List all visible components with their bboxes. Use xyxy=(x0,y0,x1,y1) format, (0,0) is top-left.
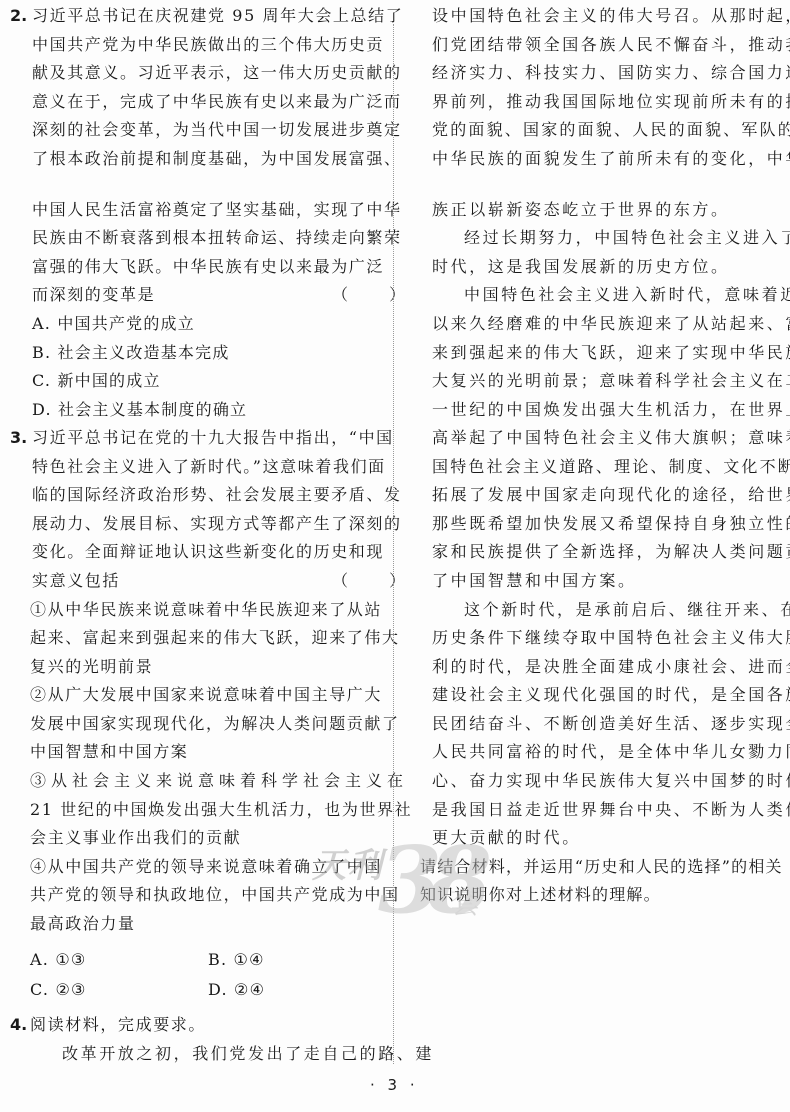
question-text-line: 中国人民生活富裕奠定了坚实基础，实现了中华 xyxy=(32,200,402,220)
question-number: 2. xyxy=(10,6,27,26)
question-text-line: 临的国际经济政治形势、社会发展主要矛盾、发 xyxy=(32,485,402,505)
material-line: 改革开放之初，我们党发出了走自己的路、建 xyxy=(62,1044,434,1064)
statement-line: 最高政治力量 xyxy=(30,914,136,934)
material-line: 经过长期努力，中国特色社会主义进入了新 xyxy=(464,228,790,248)
material-line: 家和民族提供了全新选择，为解决人类问题贡献 xyxy=(432,542,790,562)
question-text-line: 了根本政治前提和制度基础，为中国发展富强、 xyxy=(32,149,402,169)
option-a[interactable]: A. ①③ xyxy=(30,950,86,970)
option-b[interactable]: B. ①④ xyxy=(208,950,265,970)
question-number: 3. xyxy=(10,428,27,448)
question-text-line: 特色社会主义进入了新时代。”这意味着我们面 xyxy=(32,457,386,477)
question-prompt: 阅读材料，完成要求。 xyxy=(30,1015,206,1035)
material-line: 界前列，推动我国国际地位实现前所未有的提升， xyxy=(432,92,790,112)
material-line: 族正以崭新姿态屹立于世界的东方。 xyxy=(432,200,730,220)
material-line: 利的时代，是决胜全面建成小康社会、进而全面 xyxy=(432,657,790,677)
material-line: 国特色社会主义道路、理论、制度、文化不断发展， xyxy=(432,457,790,477)
option-d[interactable]: D. 社会主义基本制度的确立 xyxy=(32,400,247,420)
question-text-line: 意义在于，完成了中华民族有史以来最为广泛而 xyxy=(32,92,402,112)
answer-bracket[interactable]: （ ） xyxy=(332,571,423,591)
material-line: 中华民族的面貌发生了前所未有的变化，中华民 xyxy=(432,149,790,169)
material-line: 那些既希望加快发展又希望保持自身独立性的国 xyxy=(432,514,790,534)
material-line: 是我国日益走近世界舞台中央、不断为人类作出 xyxy=(432,800,790,820)
material-line: 中国特色社会主义进入新时代，意味着近代 xyxy=(464,285,790,305)
statement-line: 中国智慧和中国方案 xyxy=(30,742,188,762)
material-line: 高举起了中国特色社会主义伟大旗帜；意味着中 xyxy=(432,428,790,448)
material-line: 这个新时代，是承前启后、继往开来、在新的 xyxy=(464,600,790,620)
material-line: 经济实力、科技实力、国防实力、综合国力进入世 xyxy=(432,63,790,83)
material-line: 们党团结带领全国各族人民不懈奋斗，推动我国 xyxy=(432,35,790,55)
statement-line: 起来、富起来到强起来的伟大飞跃，迎来了伟大 xyxy=(30,628,400,648)
statement-line: 发展中国家实现现代化，为解决人类问题贡献了 xyxy=(30,714,400,734)
exam-page: 2. 习近平总书记在庆祝建党 95 周年大会上总结了 中国共产党为中华民族做出的… xyxy=(0,0,790,1112)
option-b[interactable]: B. 社会主义改造基本完成 xyxy=(32,343,230,363)
material-line: 了中国智慧和中国方案。 xyxy=(432,571,637,591)
column-divider xyxy=(393,24,394,1064)
question-text-line: 习近平总书记在庆祝建党 95 周年大会上总结了 xyxy=(32,6,403,26)
material-line: 民团结奋斗、不断创造美好生活、逐步实现全体 xyxy=(432,714,790,734)
material-line: 时代，这是我国发展新的历史方位。 xyxy=(432,257,730,277)
material-line: 大复兴的光明前景；意味着科学社会主义在二十 xyxy=(432,371,790,391)
statement-line: 共产党的领导和执政地位，中国共产党成为中国 xyxy=(30,885,400,905)
question-text-line: 深刻的社会变革，为当代中国一切发展进步奠定 xyxy=(32,120,402,140)
page-number: · 3 · xyxy=(370,1076,419,1094)
material-line: 心、奋力实现中华民族伟大复兴中国梦的时代， xyxy=(432,771,790,791)
option-c[interactable]: C. 新中国的成立 xyxy=(32,371,161,391)
question-text-line: 民族由不断衰落到根本扭转命运、持续走向繁荣 xyxy=(32,228,402,248)
material-line: 党的面貌、国家的面貌、人民的面貌、军队的面貌、 xyxy=(432,120,790,140)
statement-line: ③从社会主义来说意味着科学社会主义在 xyxy=(30,771,408,791)
statement-line: 复兴的光明前景 xyxy=(30,657,153,677)
material-line: 一世纪的中国焕发出强大生机活力，在世界上高 xyxy=(432,400,790,420)
option-c[interactable]: C. ②③ xyxy=(30,980,87,1000)
material-line: 设中国特色社会主义的伟大号召。从那时起，我 xyxy=(432,6,790,26)
material-line: 历史条件下继续夺取中国特色社会主义伟大胜 xyxy=(432,628,790,648)
material-line: 更大贡献的时代。 xyxy=(432,828,581,848)
question-text-line: 献及其意义。习近平表示，这一伟大历史贡献的 xyxy=(32,63,402,83)
statement-line: ④从中国共产党的领导来说意味着确立了中国 xyxy=(30,857,382,877)
material-line: 拓展了发展中国家走向现代化的途径，给世界上 xyxy=(432,485,790,505)
option-d[interactable]: D. ②④ xyxy=(208,980,265,1000)
question-text-line: 中国共产党为中华民族做出的三个伟大历史贡 xyxy=(32,35,384,55)
answer-bracket[interactable]: （ ） xyxy=(332,285,423,305)
requirement-line: 知识说明你对上述材料的理解。 xyxy=(420,885,661,905)
statement-line: ①从中华民族来说意味着中华民族迎来了从站 xyxy=(30,600,382,620)
statement-line: 21 世纪的中国焕发出强大生机活力，也为世界社 xyxy=(30,800,412,820)
material-line: 以来久经磨难的中华民族迎来了从站起来、富起 xyxy=(432,314,790,334)
question-text-line: 变化。全面辩证地认识这些新变化的历史和现 xyxy=(32,542,384,562)
statement-line: ②从广大发展中国家来说意味着中国主导广大 xyxy=(30,685,382,705)
question-number: 4. xyxy=(10,1015,27,1035)
requirement-line: 请结合材料，并运用“历史和人民的选择”的相关 xyxy=(420,857,783,877)
statement-line: 会主义事业作出我们的贡献 xyxy=(30,828,241,848)
material-line: 人民共同富裕的时代，是全体中华儿女勠力同 xyxy=(432,742,790,762)
question-text-line: 富强的伟大飞跃。中华民族有史以来最为广泛 xyxy=(32,257,384,277)
material-line: 来到强起来的伟大飞跃，迎来了实现中华民族伟 xyxy=(432,343,790,363)
material-line: 建设社会主义现代化强国的时代，是全国各族人 xyxy=(432,685,790,705)
question-text-line: 展动力、发展目标、实现方式等都产生了深刻的 xyxy=(32,514,402,534)
option-a[interactable]: A. 中国共产党的成立 xyxy=(32,314,195,334)
question-text-line: 而深刻的变革是 xyxy=(32,285,155,305)
question-text-line: 习近平总书记在党的十九大报告中指出，“中国 xyxy=(32,428,394,448)
question-text-line: 实意义包括 xyxy=(32,571,120,591)
